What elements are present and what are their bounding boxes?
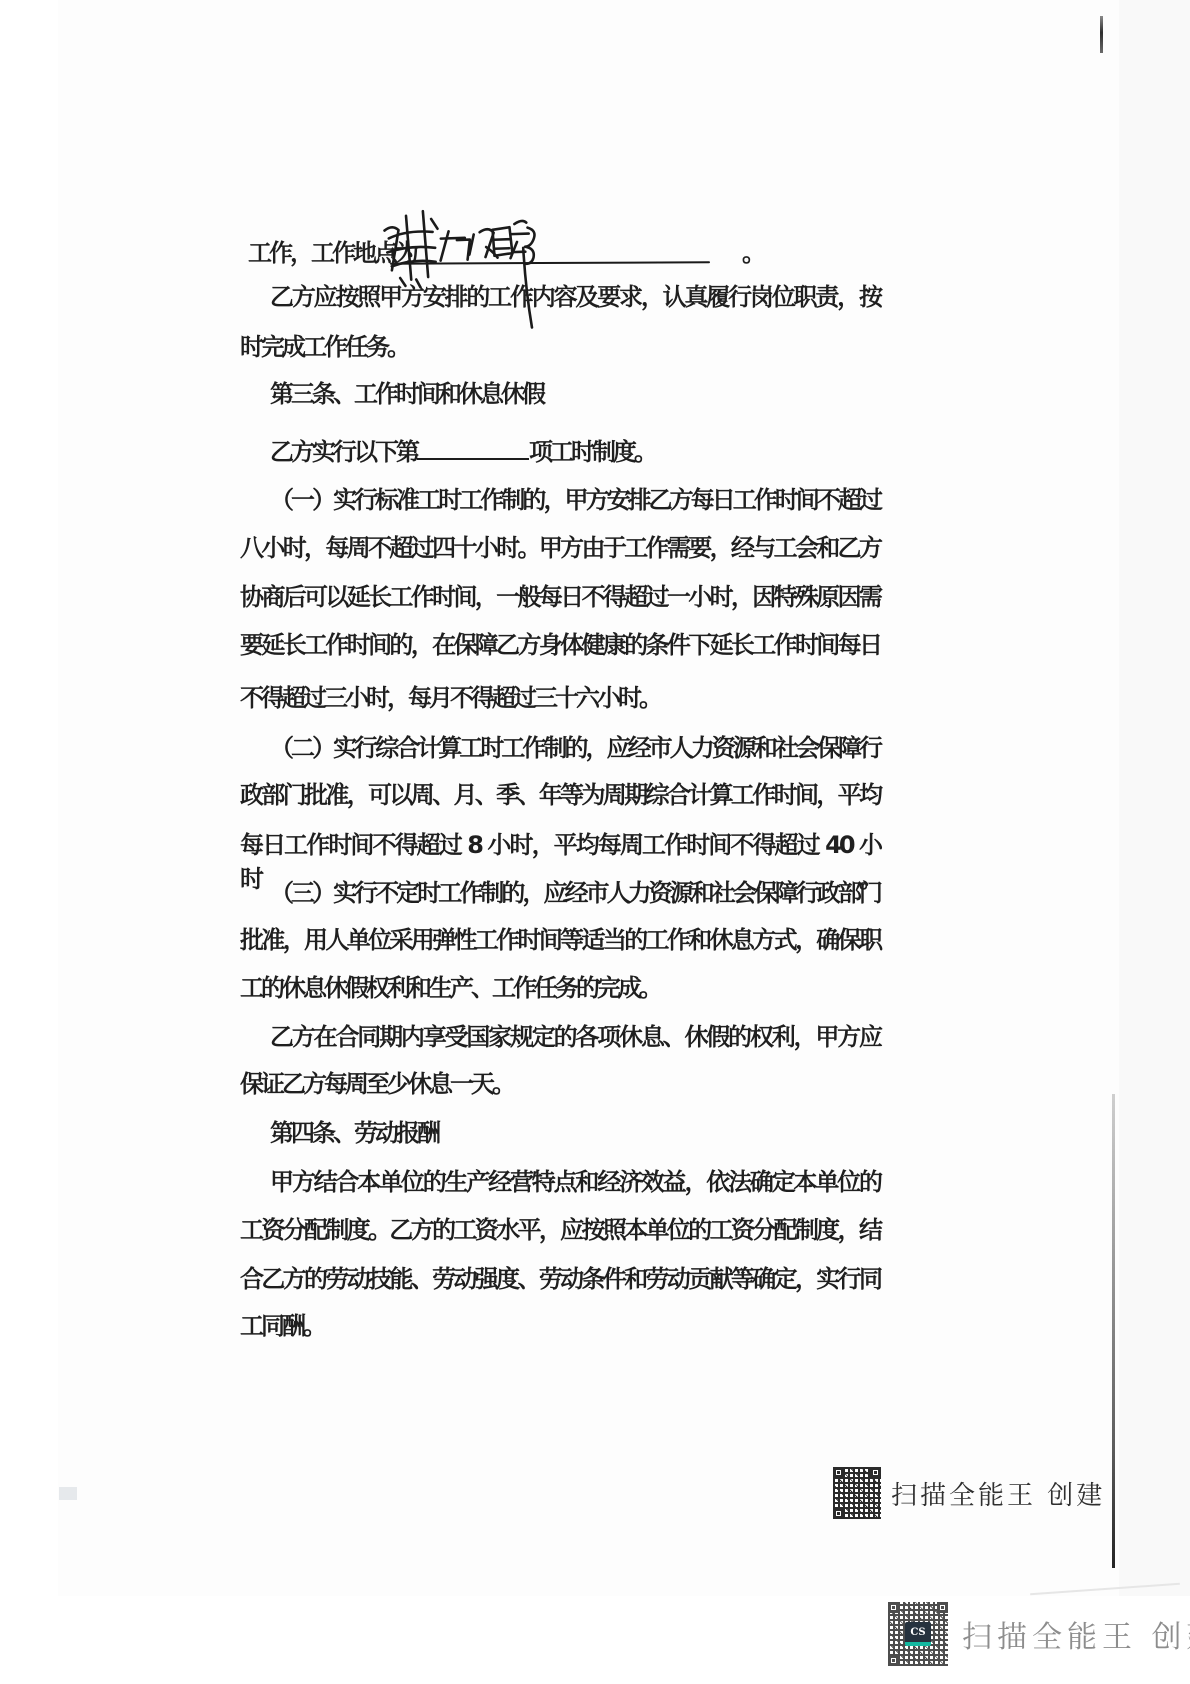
contract-line-text: 乙方实行以下第: [270, 438, 417, 466]
qr-finder-square: [937, 1602, 948, 1613]
scan-artifact-top-right-line: [1100, 16, 1103, 53]
camscanner-logo-badge: CS: [905, 1622, 931, 1646]
contract-line: （三）实行不定时工作制的，应经市人力资源和社会保障行政部门: [240, 876, 880, 910]
contract-line: 要延长工作时间的，在保障乙方身体健康的条件下延长工作时间每日: [240, 628, 880, 662]
camscanner-watermark-label: 扫描全能王 创建: [891, 1475, 1105, 1512]
contract-heading-article-4: 第四条、劳动报酬: [240, 1116, 880, 1150]
qr-finder-square: [870, 1467, 881, 1478]
contract-line: 合乙方的劳动技能、劳动强度、劳动条件和劳动贡献等确定，实行同: [240, 1262, 880, 1296]
contract-line: 乙方实行以下第项工时制度。: [240, 434, 880, 468]
scan-right-margin: [1119, 0, 1190, 1596]
contract-line: 乙方在合同期内享受国家规定的各项休息、休假的权利，甲方应: [240, 1020, 880, 1054]
contract-line: 工同酬。: [240, 1309, 880, 1343]
handwriting-strokes: [375, 195, 542, 349]
contract-line: 八小时，每周不超过四十小时。甲方由于工作需要，经与工会和乙方: [240, 531, 880, 565]
camscanner-watermark-bottom: CS 扫描全能王 创建: [888, 1602, 1190, 1666]
qr-finder-square: [888, 1602, 899, 1613]
contract-line-text: 项工时制度。: [529, 438, 655, 466]
contract-heading-article-3: 第三条、工作时间和休息休假: [240, 377, 880, 411]
scan-artifact-bottom-left-chip: [59, 1487, 77, 1500]
contract-line: （二）实行综合计算工时工作制的，应经市人力资源和社会保障行: [240, 731, 880, 765]
contract-line: 工资分配制度。乙方的工资水平，应按照本单位的工资分配制度，结: [240, 1213, 880, 1247]
contract-line: 乙方应按照甲方安排的工作内容及要求，认真履行岗位职责，按: [240, 280, 880, 314]
scanned-contract-page: 工作，工作地点为 。: [0, 0, 1190, 1684]
qr-finder-square: [888, 1655, 899, 1666]
camscanner-watermark-inner: 扫描全能王 创建: [833, 1467, 1105, 1519]
qr-code-icon: [833, 1467, 881, 1519]
camscanner-watermark-label: 扫描全能王 创建: [962, 1612, 1190, 1656]
contract-line: 协商后可以延长工作时间，一般每日不得超过一小时，因特殊原因需: [240, 580, 880, 614]
contract-line: 不得超过三小时，每月不得超过三十六小时。: [240, 681, 880, 715]
contract-line: 工的休息休假权利和生产、工作任务的完成。: [240, 971, 880, 1005]
handwritten-work-location: [375, 195, 542, 349]
contract-line: （一）实行标准工时工作制的，甲方安排乙方每日工作时间不超过: [240, 483, 880, 517]
fill-in-blank-underline: [417, 434, 529, 460]
contract-line: 时完成工作任务。: [240, 330, 880, 364]
scan-artifact-right-line: [1112, 1094, 1115, 1568]
contract-line: 政部门批准，可以周、月、季、年等为周期综合计算工作时间，平均: [240, 778, 880, 812]
contract-line-period: 。: [742, 236, 766, 270]
contract-line: 保证乙方每周至少休息一天。: [240, 1067, 880, 1101]
contract-line: 每日工作时间不得超过 8 小时，平均每周工作时间不得超过 40 小时。: [240, 828, 880, 862]
contract-line: 甲方结合本单位的生产经营特点和经济效益，依法确定本单位的: [240, 1165, 880, 1199]
qr-finder-square: [833, 1508, 844, 1519]
contract-line: 批准，用人单位采用弹性工作时间等适当的工作和休息方式，确保职: [240, 923, 880, 957]
qr-finder-square: [833, 1467, 844, 1478]
qr-code-icon: CS: [888, 1602, 948, 1666]
